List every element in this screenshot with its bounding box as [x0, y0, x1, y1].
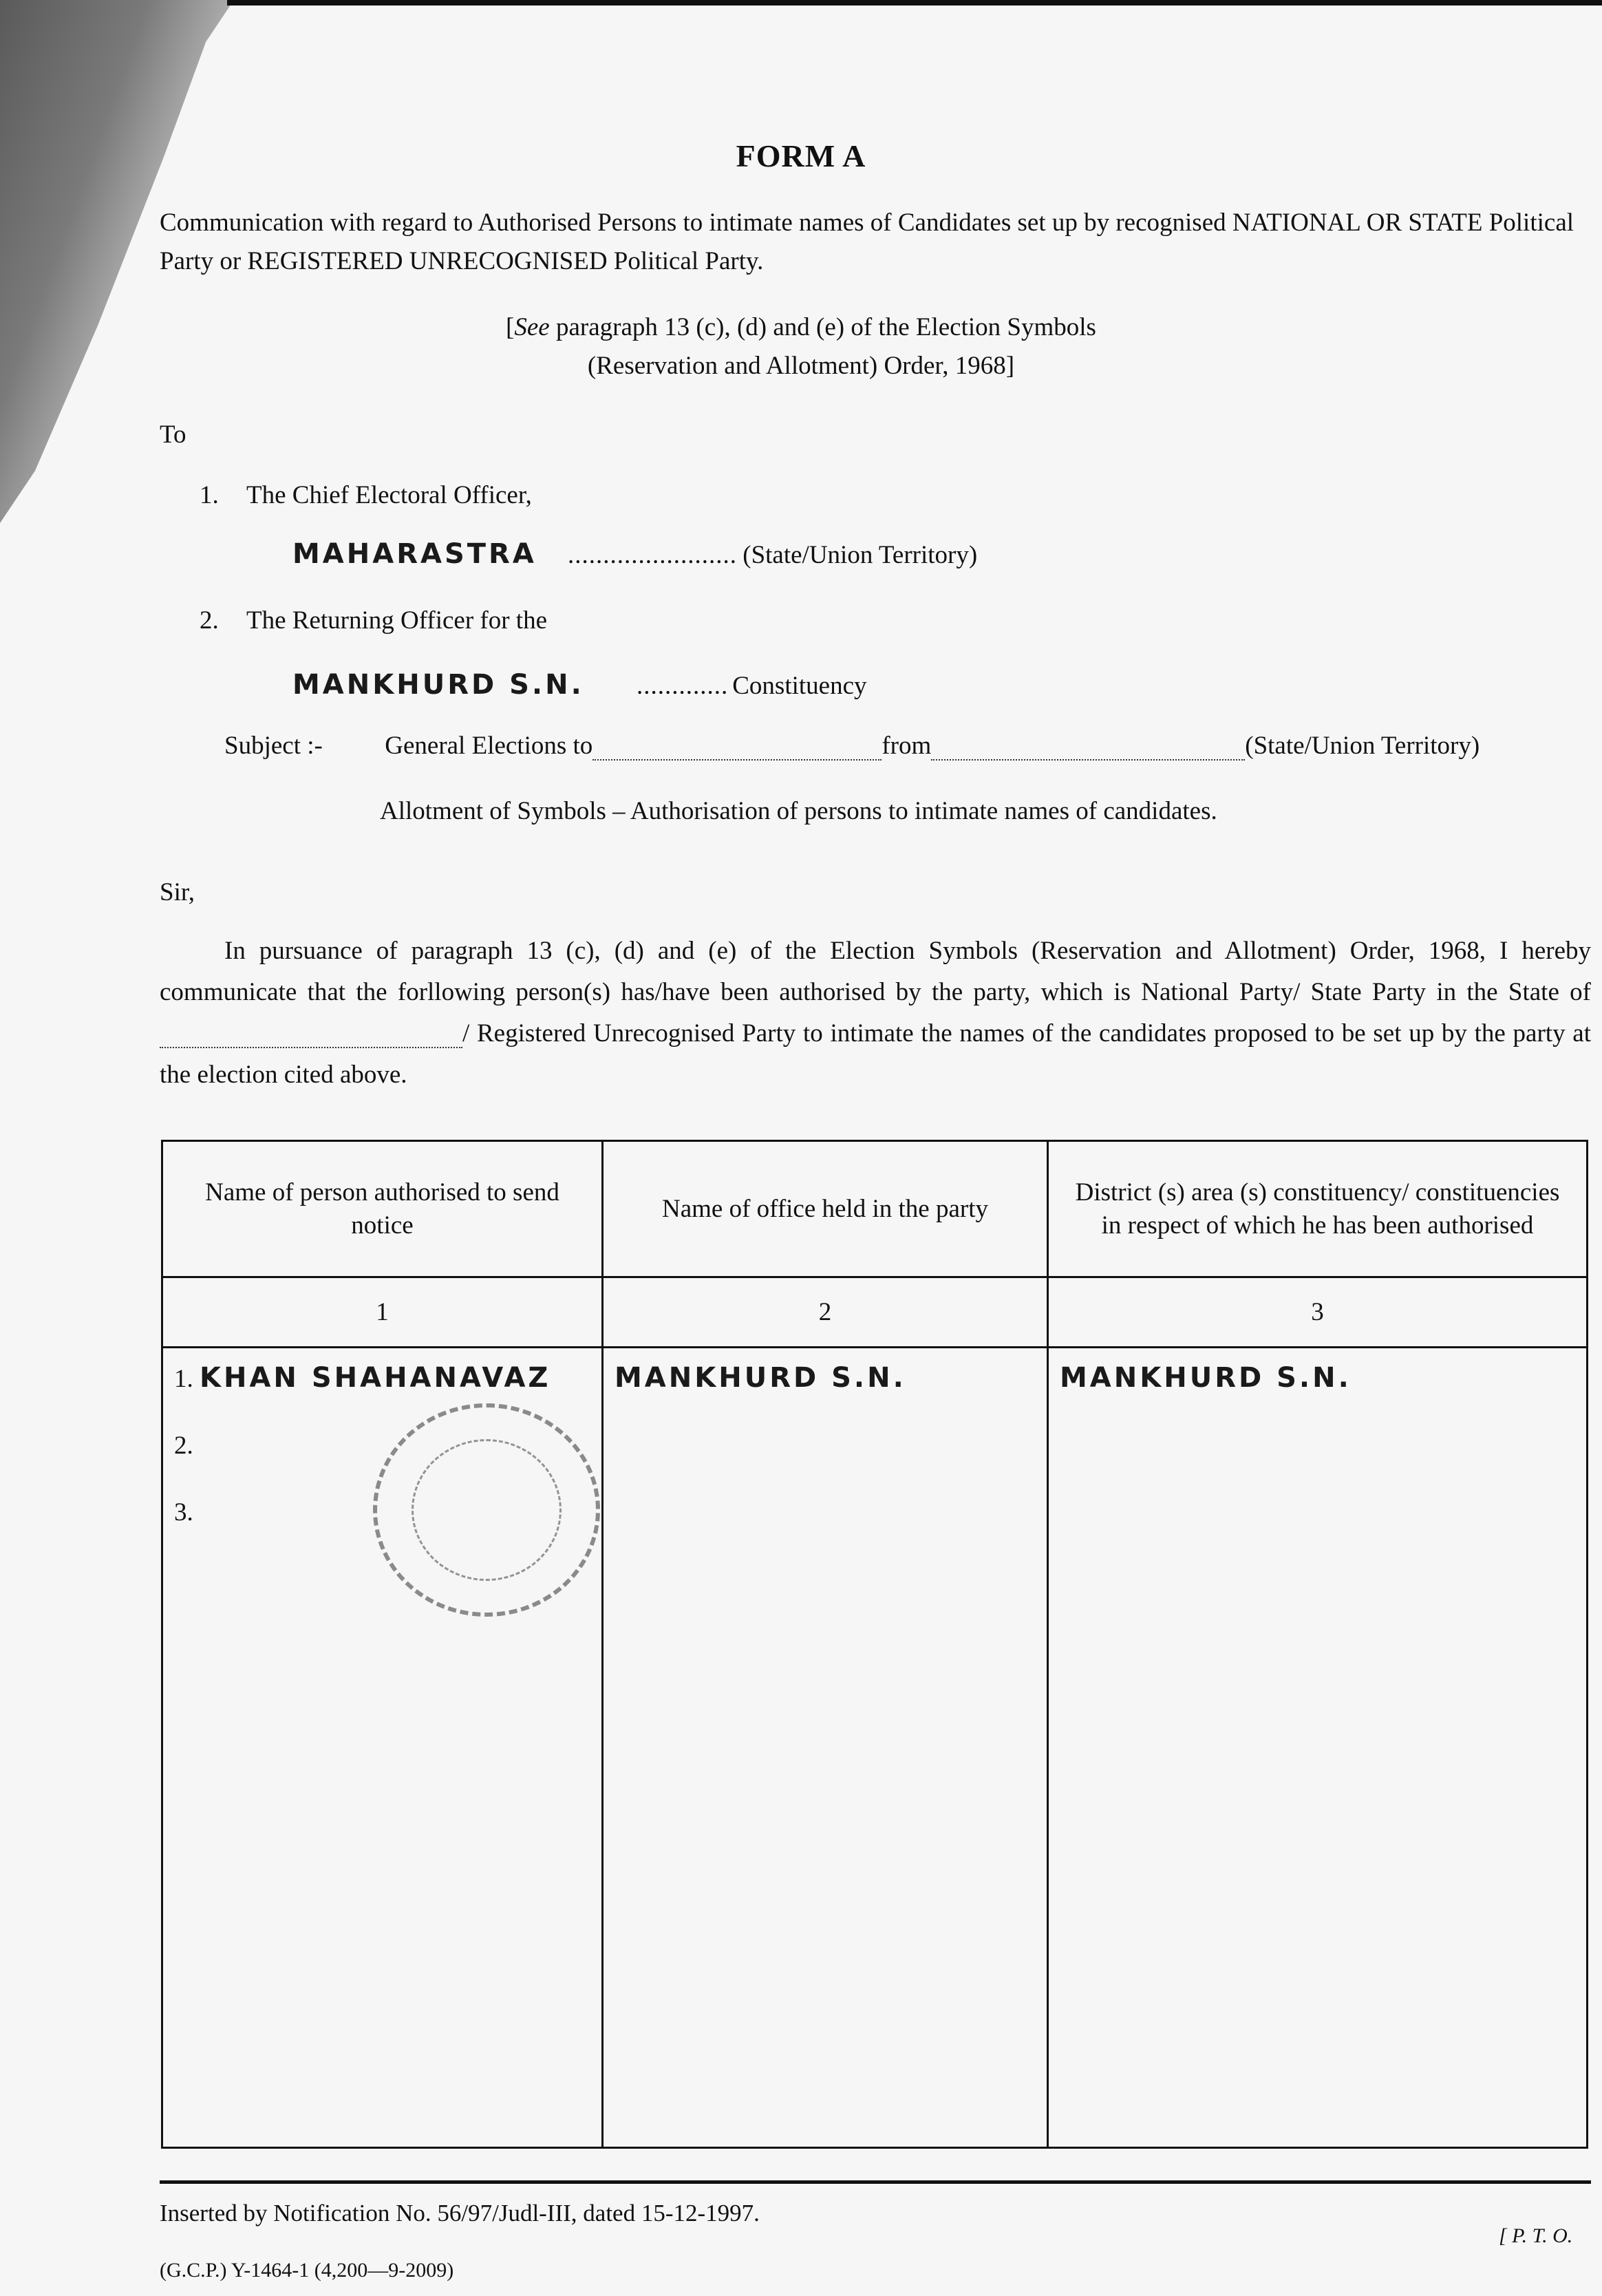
table-header-row: Name of person authorised to send notice…: [162, 1141, 1588, 1277]
table-number-row: 1 2 3: [162, 1277, 1588, 1348]
election-from-field[interactable]: [931, 735, 1245, 761]
subject-line: Subject :- General Elections tofrom(Stat…: [224, 731, 1480, 761]
area-field[interactable]: [1060, 1429, 1555, 1460]
state-field[interactable]: [292, 538, 568, 570]
party-state-field[interactable]: [160, 1023, 462, 1048]
state-fill-line: ........................................…: [292, 538, 977, 570]
official-seal-stamp: [373, 1403, 600, 1617]
authorised-name-field[interactable]: [200, 1362, 571, 1394]
names-cell: 1. 2. 3.: [162, 1348, 603, 2148]
authorisation-table: Name of person authorised to send notice…: [161, 1140, 1588, 2149]
column-header-name: Name of person authorised to send notice: [162, 1141, 603, 1277]
election-field[interactable]: [592, 735, 882, 761]
reference-see: See: [514, 313, 549, 341]
addressee-2: 2.The Returning Officer for the: [200, 606, 547, 635]
subject-line-2: Allotment of Symbols – Authorisation of …: [380, 796, 1217, 826]
body-paragraph: In pursuance of paragraph 13 (c), (d) an…: [160, 931, 1591, 1096]
column-header-area: District (s) area (s) constituency/ cons…: [1048, 1141, 1588, 1277]
office-field[interactable]: [615, 1496, 1021, 1527]
areas-cell: [1048, 1348, 1588, 2148]
print-code: (G.C.P.) Y-1464-1 (4,200—9-2009): [160, 2259, 453, 2282]
constituency-field[interactable]: [292, 669, 637, 701]
column-number: 3: [1048, 1277, 1588, 1348]
form-intro: Communication with regard to Authorised …: [160, 204, 1591, 281]
table-body-row: 1. 2. 3.: [162, 1348, 1588, 2148]
to-label: To: [160, 420, 186, 449]
office-field[interactable]: [615, 1429, 1021, 1460]
offices-cell: [603, 1348, 1048, 2148]
scan-edge: [227, 0, 1602, 6]
form-reference: [See paragraph 13 (c), (d) and (e) of th…: [0, 308, 1602, 385]
column-header-office: Name of office held in the party: [603, 1141, 1048, 1277]
notification-note: Inserted by Notification No. 56/97/Judl-…: [160, 2200, 760, 2227]
constituency-fill-line: ........................................…: [292, 669, 867, 701]
area-field[interactable]: [1060, 1362, 1555, 1394]
column-number: 1: [162, 1277, 603, 1348]
addressee-1: 1.The Chief Electoral Officer,: [200, 480, 532, 510]
salutation: Sir,: [160, 878, 195, 907]
area-field[interactable]: [1060, 1496, 1555, 1527]
pto-mark: [ P. T. O.: [1499, 2224, 1572, 2248]
form-title: FORM A: [0, 138, 1602, 174]
table-row: 1.: [174, 1362, 590, 1396]
footer-divider: [160, 2180, 1591, 2184]
column-number: 2: [603, 1277, 1048, 1348]
office-field[interactable]: [615, 1362, 1021, 1394]
